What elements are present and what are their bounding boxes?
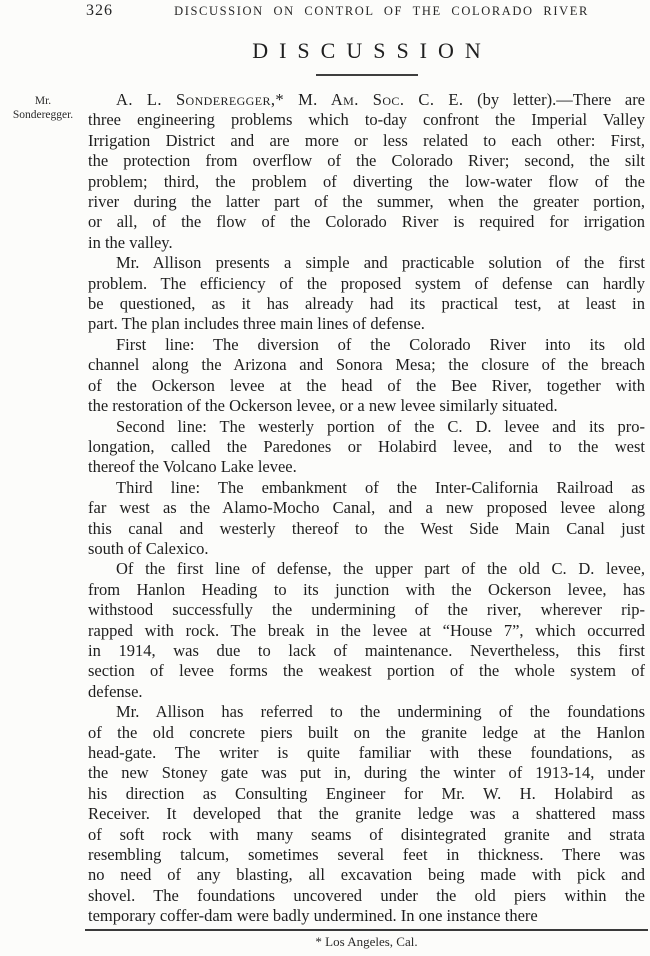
text-line: of soft rock with many seams of disinteg… (88, 825, 645, 845)
scanned-page: 326 DISCUSSION ON CONTROL OF THE COLORAD… (0, 0, 650, 956)
text-line: rapped with rock. The break in the levee… (88, 621, 645, 641)
text-line: the new Stoney gate was put in, during t… (88, 763, 645, 783)
text-line: temporary coffer-dam were badly undermin… (88, 906, 645, 926)
text-line: channel along the Arizona and Sonora Mes… (88, 355, 645, 375)
paragraph: First line: The diversion of the Colorad… (88, 335, 645, 417)
text-line: no need of any blasting, all excavation … (88, 865, 645, 885)
text-line: A. L. Sonderegger,* M. Am. Soc. C. E. (b… (88, 90, 645, 110)
text-line: this canal and westerly thereof to the W… (88, 519, 645, 539)
text-line: section of levee forms the weakest porti… (88, 661, 645, 681)
text-line: Irrigation District and are more or less… (88, 131, 645, 151)
text-line: or all, of the flow of the Colorado Rive… (88, 212, 645, 232)
paragraph: Of the first line of defense, the upper … (88, 559, 645, 702)
text-line: problem; third, the problem of diverting… (88, 172, 645, 192)
text-line: of the Ockerson levee at the head of the… (88, 376, 645, 396)
margin-note-line2: Sonderegger. (0, 109, 86, 123)
text-line: in the valley. (88, 233, 645, 253)
margin-note-line1: Mr. (0, 95, 86, 109)
text-line: head-gate. The writer is quite familiar … (88, 743, 645, 763)
text-line: Mr. Allison presents a simple and practi… (88, 253, 645, 273)
text-line: from Hanlon Heading to its junction with… (88, 580, 645, 600)
text-line: longation, called the Paredones or Holab… (88, 437, 645, 457)
text-line: shovel. The foundations uncovered under … (88, 886, 645, 906)
text-line: river during the latter part of the summ… (88, 192, 645, 212)
paragraph: Mr. Allison has referred to the undermin… (88, 702, 645, 926)
text-line: the protection from overflow of the Colo… (88, 151, 645, 171)
text-line: withstood successfully the undermining o… (88, 600, 645, 620)
text-line: Second line: The westerly portion of the… (88, 417, 645, 437)
text-line: his direction as Consulting Engineer for… (88, 784, 645, 804)
text-line: Mr. Allison has referred to the undermin… (88, 702, 645, 722)
section-title: DISCUSSION (88, 38, 645, 64)
running-head: DISCUSSION ON CONTROL OF THE COLORADO RI… (118, 4, 645, 19)
text-line: First line: The diversion of the Colorad… (88, 335, 645, 355)
paragraph: Second line: The westerly portion of the… (88, 417, 645, 478)
text-line: Receiver. It developed that the granite … (88, 804, 645, 824)
page-number: 326 (86, 2, 113, 20)
footnote-rule (85, 929, 648, 931)
text-line: resembling talcum, sometimes several fee… (88, 845, 645, 865)
text-line: south of Calexico. (88, 539, 645, 559)
text-line: Third line: The embankment of the Inter-… (88, 478, 645, 498)
text-line: part. The plan includes three main lines… (88, 314, 645, 334)
text-line: in 1914, was due to lack of maintenance.… (88, 641, 645, 661)
text-line: far west as the Alamo-Mocho Canal, and a… (88, 498, 645, 518)
text-line: of the old concrete piers built on the g… (88, 723, 645, 743)
paragraph: Mr. Allison presents a simple and practi… (88, 253, 645, 335)
footnote: * Los Angeles, Cal. (88, 934, 645, 950)
title-rule (316, 74, 418, 76)
paragraph: Third line: The embankment of the Inter-… (88, 478, 645, 560)
text-line: problem. The efficiency of the proposed … (88, 274, 645, 294)
margin-note: Mr. Sonderegger. (0, 95, 86, 122)
body-text: A. L. Sonderegger,* M. Am. Soc. C. E. (b… (88, 90, 645, 927)
text-line: three engineering problems which to-day … (88, 110, 645, 130)
text-line: be questioned, as it has already had its… (88, 294, 645, 314)
text-line: thereof the Volcano Lake levee. (88, 457, 645, 477)
text-line: defense. (88, 682, 645, 702)
text-line: Of the first line of defense, the upper … (88, 559, 645, 579)
paragraph: A. L. Sonderegger,* M. Am. Soc. C. E. (b… (88, 90, 645, 253)
text-line: the restoration of the Ockerson levee, o… (88, 396, 645, 416)
author-name: A. L. Sonderegger,* M. Am. Soc. C. E. (116, 90, 463, 109)
